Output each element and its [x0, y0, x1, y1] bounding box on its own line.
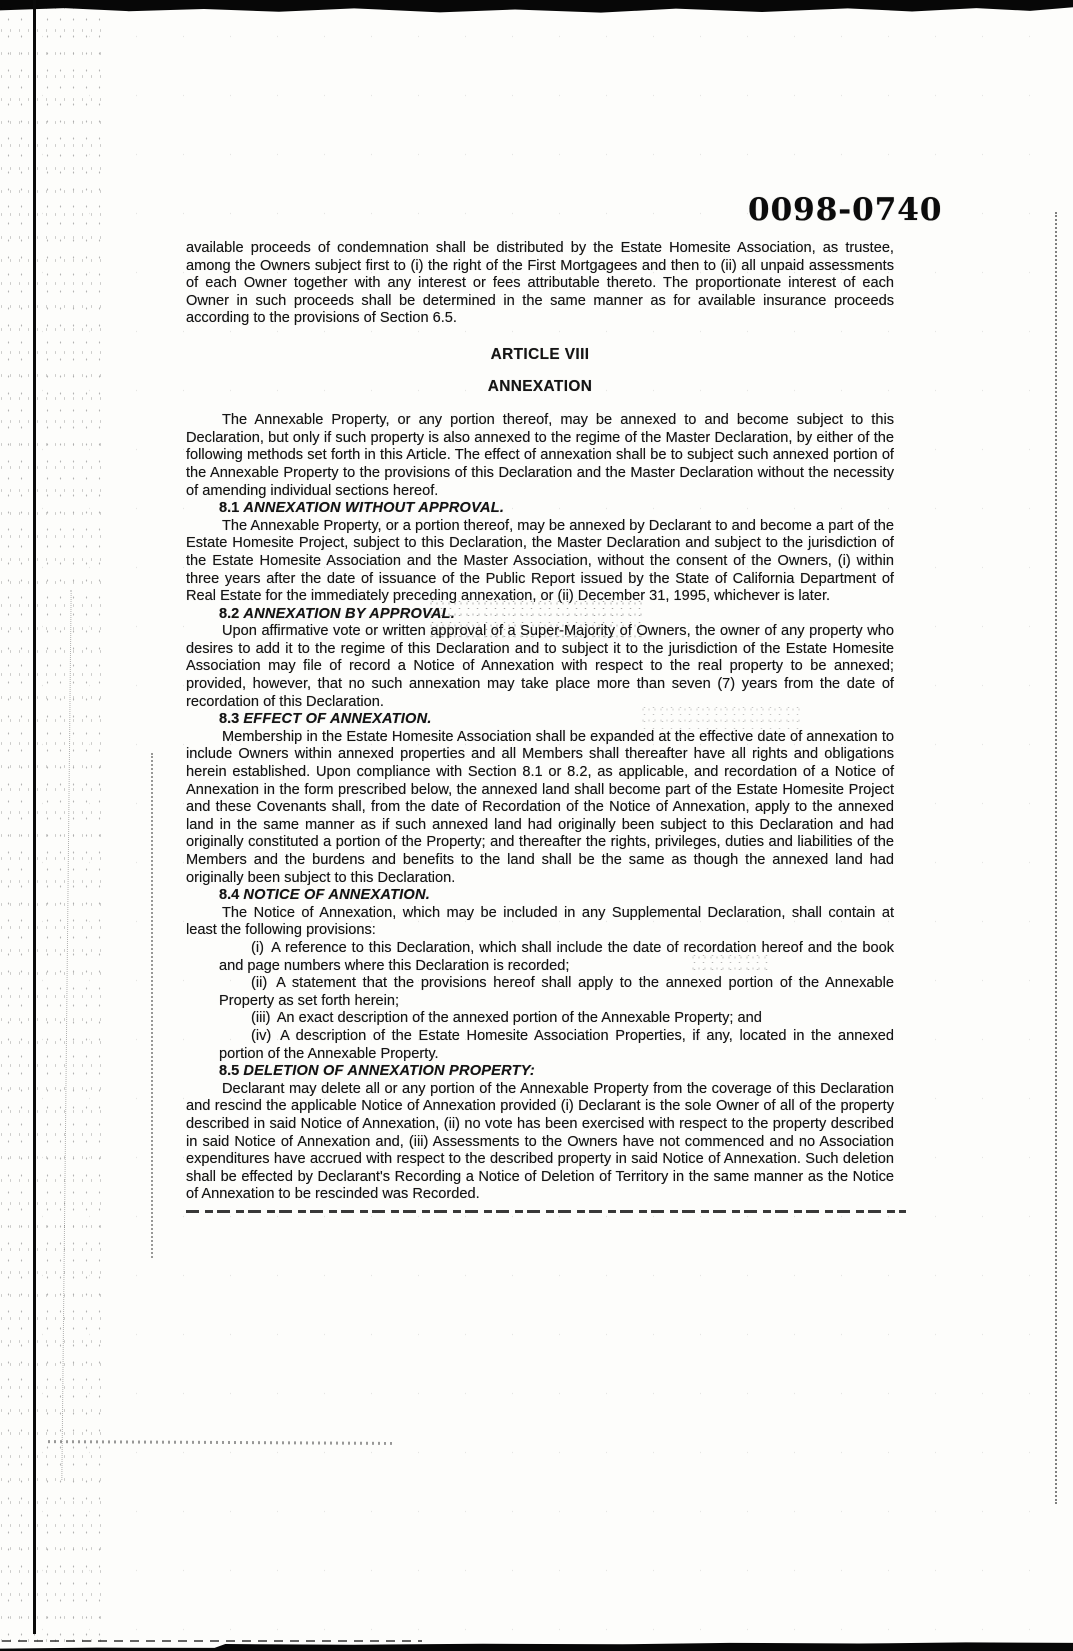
- intro-paragraph: available proceeds of condemnation shall…: [186, 240, 894, 328]
- section-number: 8.3: [219, 711, 239, 727]
- section-8-1-body: The Annexable Property, or a portion the…: [186, 518, 894, 606]
- section-8-2-heading: 8.2 ANNEXATION BY APPROVAL.: [186, 606, 894, 624]
- notice-provision-iii: (iii) An exact description of the annexe…: [186, 1010, 894, 1028]
- section-title: ANNEXATION BY APPROVAL.: [243, 606, 455, 622]
- scan-margin-dotted-line: [151, 753, 153, 1258]
- article-intro-paragraph: The Annexable Property, or any portion t…: [186, 412, 894, 500]
- scan-top-edge: [0, 0, 1073, 14]
- section-number: 8.2: [219, 606, 239, 622]
- document-stamp-number: 0098-0740: [748, 192, 942, 228]
- section-8-5-body: Declarant may delete all or any portion …: [186, 1081, 894, 1204]
- scan-bottom-dash: [2, 1640, 422, 1642]
- notice-provision-ii: (ii) A statement that the provisions her…: [186, 975, 894, 1010]
- list-item-label: (i): [251, 940, 264, 956]
- section-8-4-heading: 8.4 NOTICE OF ANNEXATION.: [186, 887, 894, 905]
- section-number: 8.4: [219, 887, 239, 903]
- section-8-1-heading: 8.1 ANNEXATION WITHOUT APPROVAL.: [186, 500, 894, 518]
- section-number: 8.5: [219, 1063, 239, 1079]
- section-number: 8.1: [219, 500, 239, 516]
- list-item-label: (iv): [251, 1028, 271, 1044]
- section-title: DELETION OF ANNEXATION PROPERTY:: [243, 1063, 535, 1079]
- list-item-label: (iii): [251, 1010, 270, 1026]
- section-8-5-heading: 8.5 DELETION OF ANNEXATION PROPERTY:: [186, 1063, 894, 1081]
- notice-provision-i: (i) A reference to this Declaration, whi…: [186, 940, 894, 975]
- section-8-2-body: Upon affirmative vote or written approva…: [186, 623, 894, 711]
- list-item-label: (ii): [251, 975, 267, 991]
- list-item-text: A statement that the provisions hereof s…: [219, 975, 894, 1009]
- scan-left-margin-noise: [0, 8, 106, 1642]
- section-8-3-body: Membership in the Estate Homesite Associ…: [186, 729, 894, 887]
- notice-provision-iv: (iv) A description of the Estate Homesit…: [186, 1028, 894, 1063]
- article-title: ANNEXATION: [186, 378, 894, 396]
- scanned-document-page: 0098-0740 available proceeds of condemna…: [0, 0, 1073, 1651]
- scan-underline: [186, 1210, 906, 1213]
- section-8-3-heading: 8.3 EFFECT OF ANNEXATION.: [186, 711, 894, 729]
- article-heading: ARTICLE VIII: [186, 346, 894, 364]
- scan-right-dotted-line: [1055, 212, 1057, 1504]
- scan-left-binding-line: [33, 0, 36, 1634]
- list-item-text: A description of the Estate Homesite Ass…: [219, 1028, 894, 1062]
- list-item-text: An exact description of the annexed port…: [277, 1010, 762, 1026]
- document-body: available proceeds of condemnation shall…: [186, 240, 894, 1213]
- section-title: EFFECT OF ANNEXATION.: [243, 711, 431, 727]
- section-title: ANNEXATION WITHOUT APPROVAL.: [243, 500, 504, 516]
- section-8-4-body: The Notice of Annexation, which may be i…: [186, 905, 894, 940]
- section-title: NOTICE OF ANNEXATION.: [243, 887, 430, 903]
- list-item-text: A reference to this Declaration, which s…: [219, 940, 894, 974]
